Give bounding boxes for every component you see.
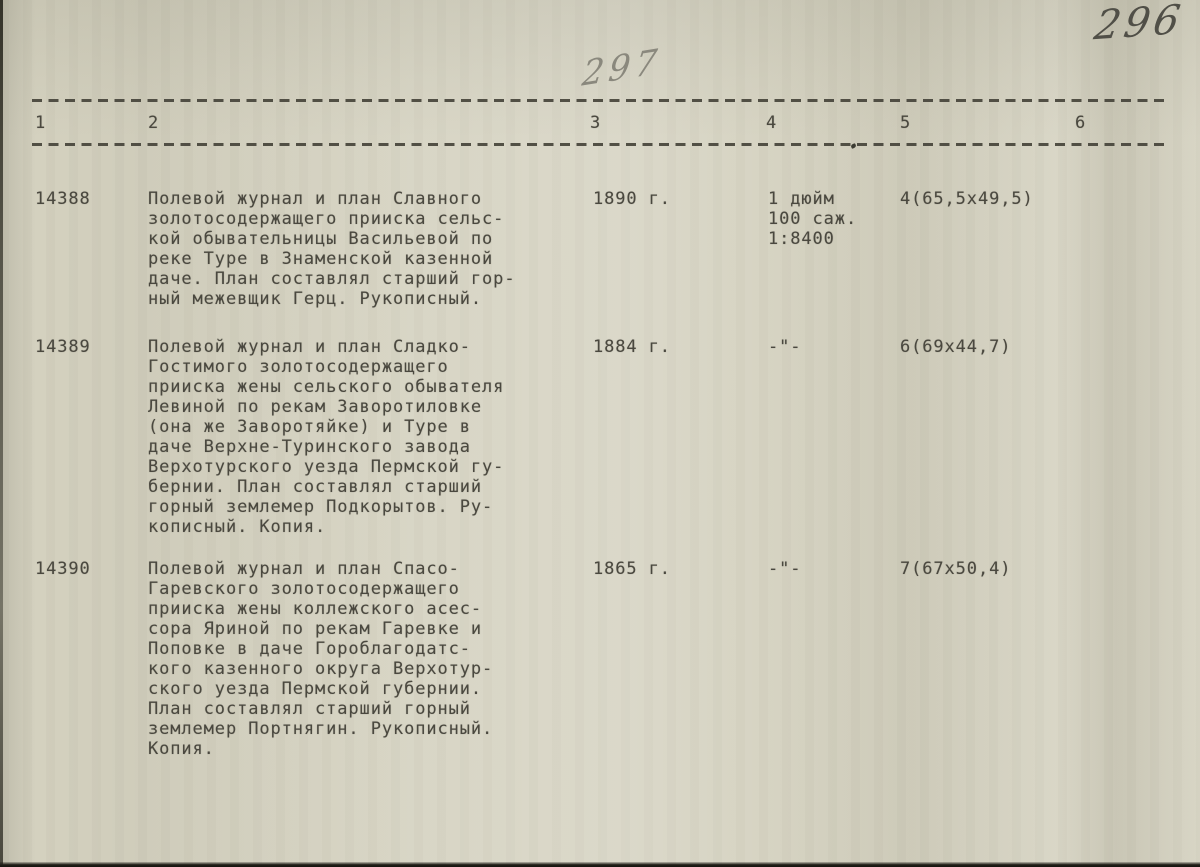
column-header-2: 2 [148, 113, 159, 133]
row-description: Полевой журнал и план Славного золотосод… [148, 189, 578, 309]
row-id: 14388 [35, 189, 91, 209]
column-header-6: 6 [1075, 113, 1086, 133]
scan-edge-bottom [0, 862, 1200, 867]
row-id: 14390 [35, 559, 91, 579]
row-description: Полевой журнал и план Спасо- Гаревского … [148, 559, 578, 759]
row-date: 1890 г. [593, 189, 671, 209]
column-header-5: 5 [900, 113, 911, 133]
ink-speck [850, 143, 856, 149]
row-sheet-count: 7(67x50,4) [900, 559, 1011, 579]
row-description: Полевой журнал и план Сладко- Гостимого … [148, 337, 578, 537]
column-header-4: 4 [766, 113, 777, 133]
column-header-1: 1 [35, 113, 46, 133]
column-header-3: 3 [590, 113, 601, 133]
header-rule-top [32, 99, 1167, 102]
handwritten-page-number-297: 297 [580, 41, 664, 95]
header-rule-bottom [32, 143, 1167, 146]
scanned-document-page: 296 297 1 2 3 4 5 6 14388 Полевой журнал… [0, 0, 1200, 867]
row-scale: 1 дюйм 100 саж. 1:8400 [768, 189, 918, 249]
row-id: 14389 [35, 337, 91, 357]
column-header-row: 1 2 3 4 5 6 [0, 113, 1200, 135]
row-scale-ditto: -"- [768, 559, 918, 579]
row-date: 1884 г. [593, 337, 671, 357]
row-sheet-count: 6(69x44,7) [900, 337, 1011, 357]
row-date: 1865 г. [593, 559, 671, 579]
row-sheet-count: 4(65,5x49,5) [900, 189, 1034, 209]
handwritten-page-number-296: 296 [1091, 0, 1187, 49]
row-scale-ditto: -"- [768, 337, 918, 357]
